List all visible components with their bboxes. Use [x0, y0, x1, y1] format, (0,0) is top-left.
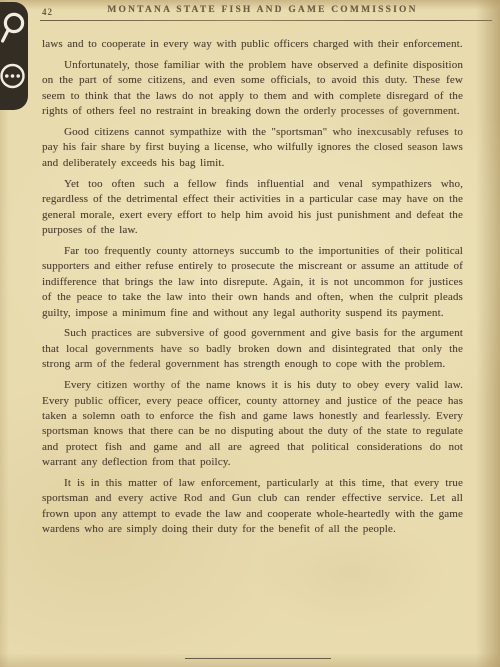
running-header-title: MONTANA STATE FISH AND GAME COMMISSION: [42, 5, 463, 15]
paragraph: Far too frequently county attorneys succ…: [42, 244, 463, 321]
section-end-rule: [185, 658, 331, 659]
scanned-book-page: 42 MONTANA STATE FISH AND GAME COMMISSIO…: [0, 0, 500, 667]
zoom-search-button[interactable]: [0, 8, 30, 46]
paragraph: Every citizen worthy of the name knows i…: [42, 378, 463, 470]
reader-toolbar: [0, 2, 28, 110]
more-options-button[interactable]: [0, 62, 28, 90]
paragraph: Unfortunately, those familiar with the p…: [42, 58, 463, 120]
page-number: 42: [42, 7, 53, 17]
paragraph: laws and to cooperate in every way with …: [42, 37, 463, 52]
magnifier-icon: [0, 8, 30, 46]
paragraph: Good citizens cannot sympathize with the…: [42, 125, 463, 171]
header-rule: [40, 20, 492, 21]
paragraph: It is in this matter of law enforcement,…: [42, 476, 463, 538]
ellipsis-circle-icon: [0, 62, 28, 90]
page-body: laws and to cooperate in every way with …: [42, 37, 463, 543]
paragraph: Such practices are subversive of good go…: [42, 326, 463, 372]
paragraph: Yet too often such a fellow finds influe…: [42, 177, 463, 239]
running-header: 42 MONTANA STATE FISH AND GAME COMMISSIO…: [42, 5, 463, 19]
